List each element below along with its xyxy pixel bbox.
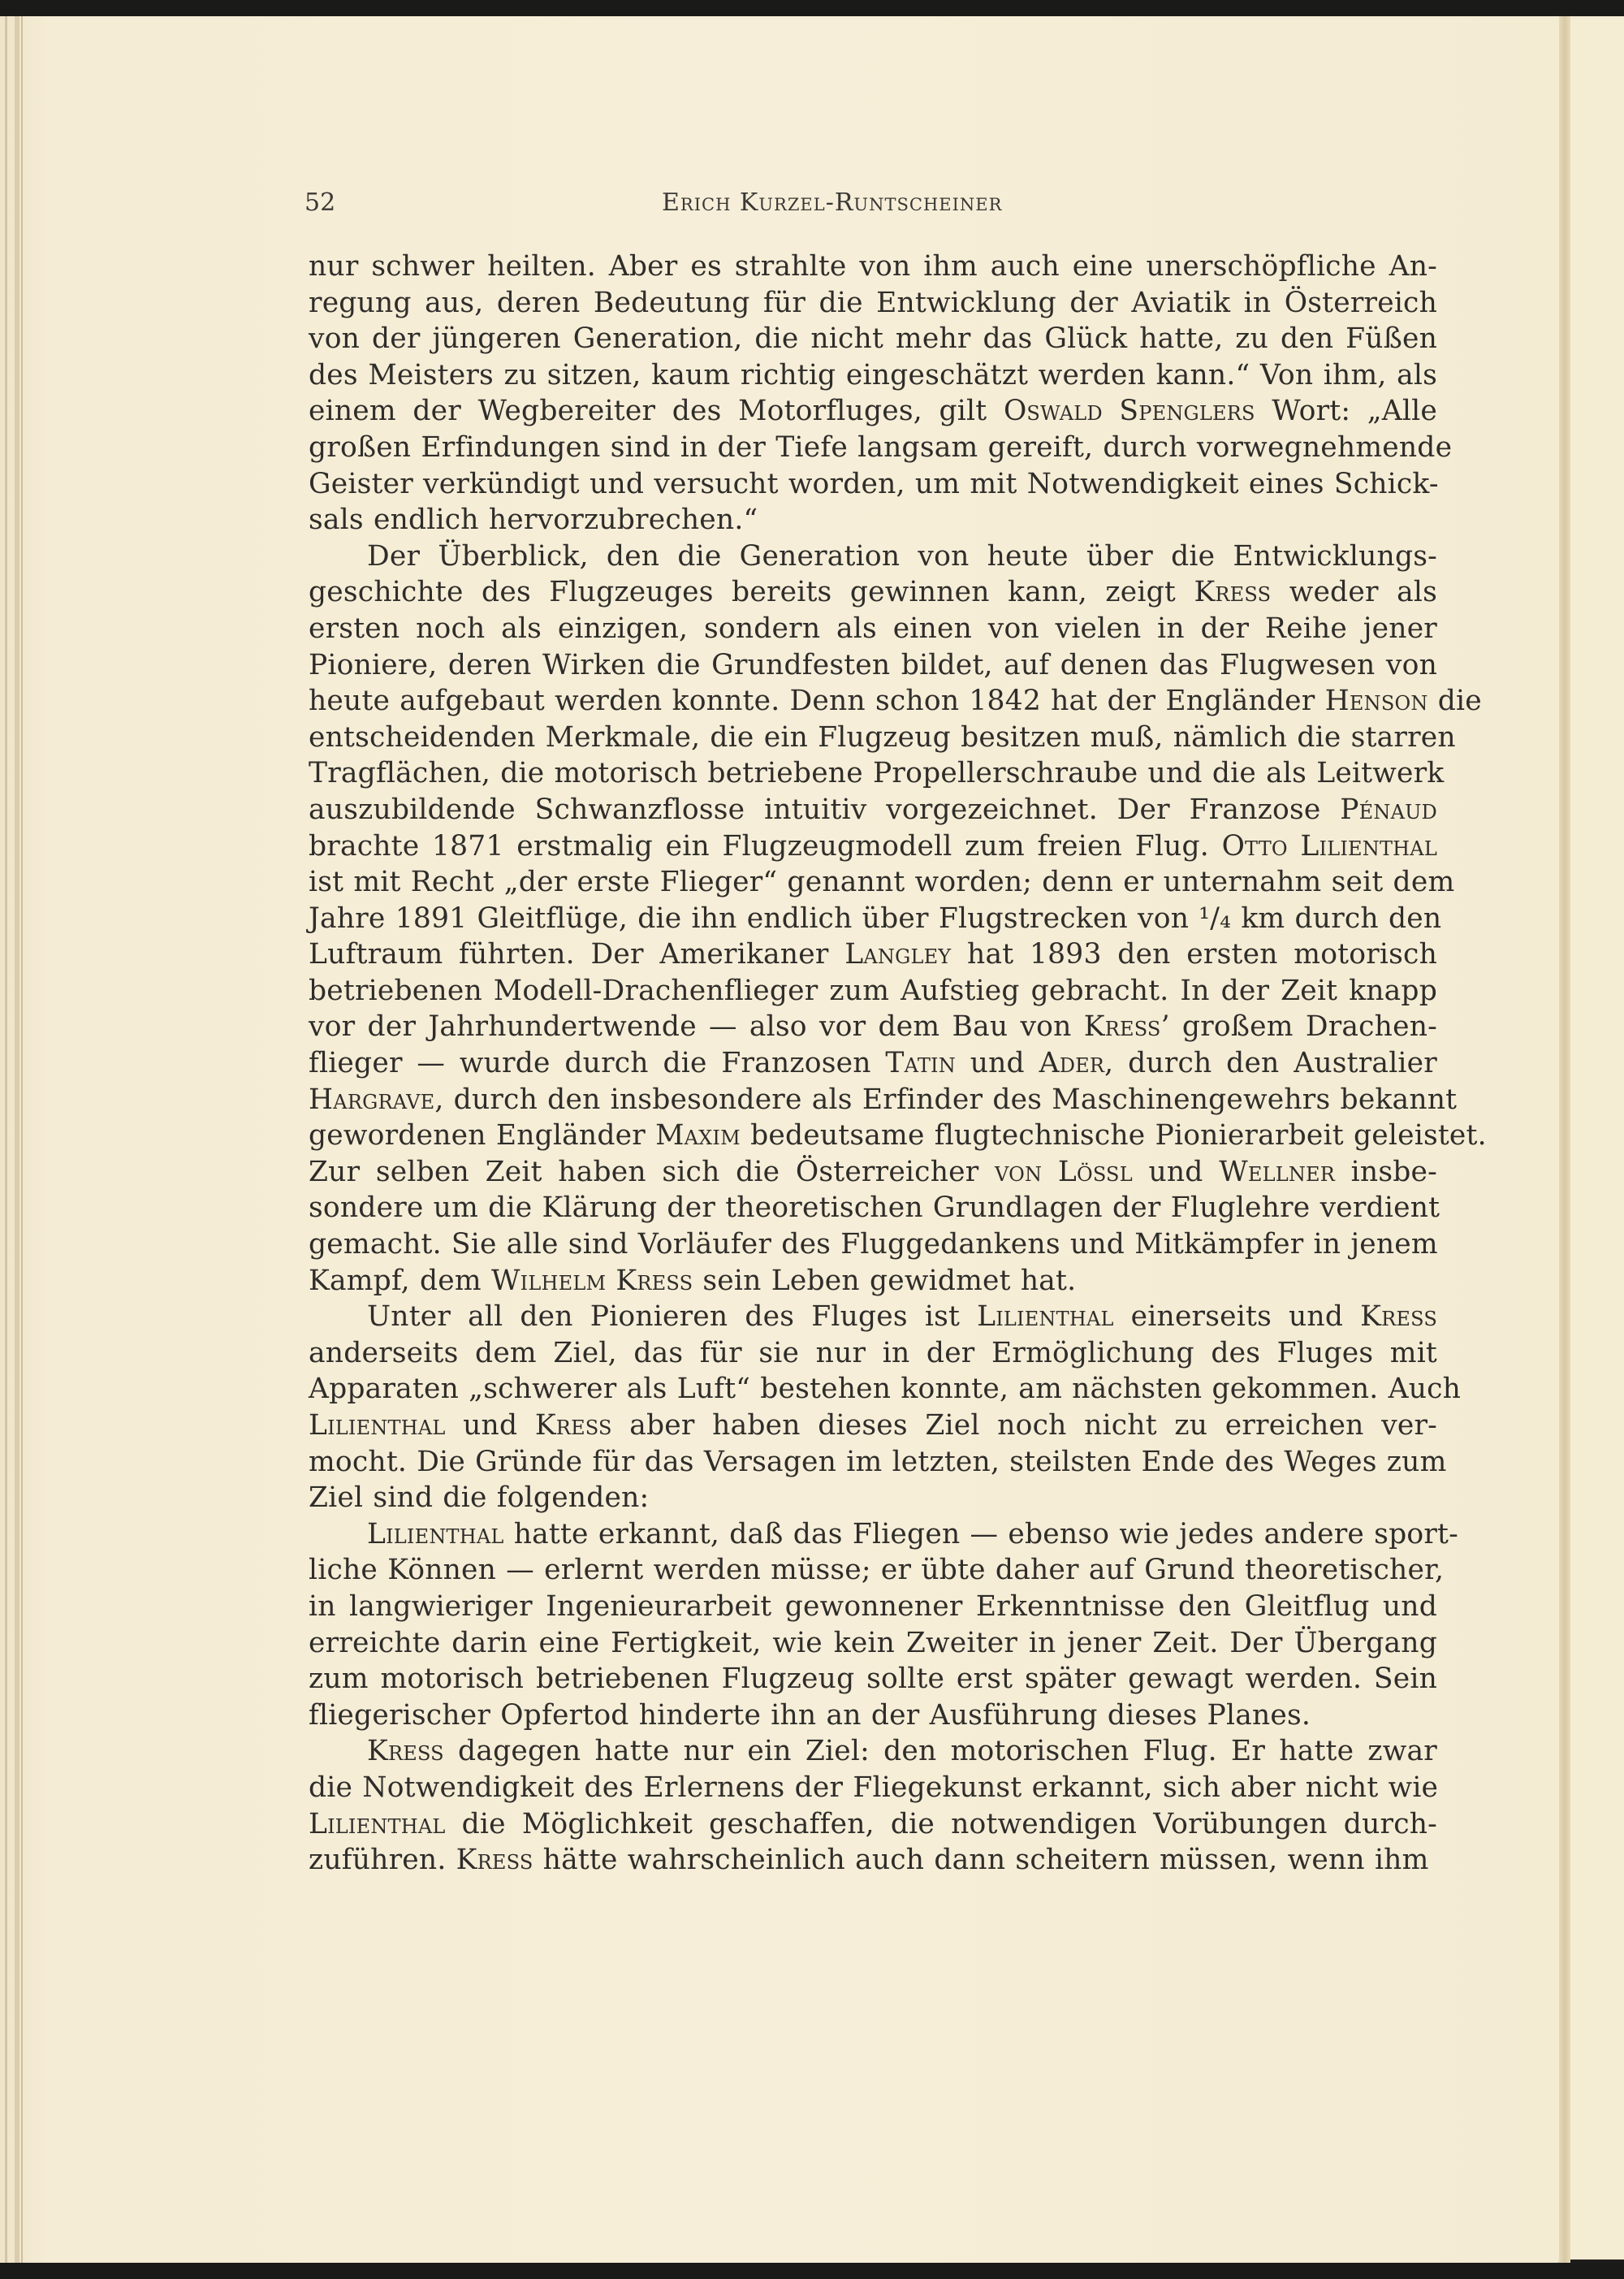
text-run: bedeutsame flugtechnische Pionierarbeit …	[741, 1119, 1487, 1152]
text-run: entscheidenden Merkmale, die ein Flugzeu…	[309, 721, 1456, 754]
text-run: mocht. Die Gründe für das Versagen im le…	[309, 1446, 1447, 1478]
text-line: Der Überblick, den die Generation von he…	[309, 538, 1437, 575]
text-run: die Möglichkeit geschaffen, die notwendi…	[446, 1808, 1437, 1840]
paragraph: Unter all den Pionieren des Fluges ist L…	[309, 1299, 1437, 1516]
text-line: großen Erfindungen sind in der Tiefe lan…	[309, 430, 1437, 466]
running-head: 52 Erich Kurzel-Runtscheiner	[304, 187, 1437, 219]
text-line: Zur selben Zeit haben sich die Österreic…	[309, 1154, 1437, 1191]
person-name: Lilienthal	[367, 1518, 504, 1550]
text-run: ist mit Recht „der erste Flieger“ genann…	[309, 866, 1454, 898]
text-run: ersten noch als einzigen, sondern als ei…	[309, 612, 1437, 645]
text-line: Lilienthal hatte erkannt, daß das Fliege…	[309, 1516, 1437, 1553]
scan-bottom-border	[0, 2263, 1624, 2279]
text-run: zum motorisch betriebenen Flugzeug sollt…	[309, 1663, 1437, 1695]
text-run: nur schwer heilten. Aber es strahlte von…	[309, 250, 1437, 283]
person-name: Pénaud	[1340, 794, 1437, 826]
text-run: Wort: „Alle	[1255, 395, 1437, 427]
text-line: von der jüngeren Generation, die nicht m…	[309, 321, 1437, 357]
text-run: fliegerischer Opfertod hinderte ihn an d…	[309, 1699, 1311, 1732]
text-run: in langwieriger Ingenieurarbeit gewonnen…	[309, 1590, 1437, 1623]
person-name: Kress	[456, 1844, 533, 1876]
text-run: Der Überblick, den die Generation von he…	[367, 540, 1437, 573]
text-line: die Notwendigkeit des Erlernens der Flie…	[309, 1770, 1437, 1806]
text-line: Kampf, dem Wilhelm Kress sein Leben gewi…	[309, 1263, 1437, 1300]
person-name: Oswald Spenglers	[1004, 395, 1255, 427]
page-number: 52	[304, 187, 335, 219]
text-run: auszubildende Schwanzflosse intuitiv vor…	[309, 794, 1340, 826]
person-name: Wellner	[1219, 1156, 1335, 1188]
body-text: nur schwer heilten. Aber es strahlte von…	[309, 249, 1437, 1879]
text-run: liche Können — erlernt werden müsse; er …	[309, 1554, 1444, 1586]
text-run: heute aufgebaut werden konnte. Denn scho…	[309, 685, 1325, 717]
running-title: Erich Kurzel-Runtscheiner	[662, 187, 1068, 219]
text-run: gemacht. Sie alle sind Vorläufer des Flu…	[309, 1228, 1438, 1261]
person-name: Lilienthal	[977, 1300, 1114, 1333]
person-name: Henson	[1325, 685, 1428, 717]
person-name: Kress	[1194, 576, 1271, 608]
page-edge-left	[21, 16, 23, 2266]
text-line: sals endlich hervorzubrechen.“	[309, 502, 1437, 538]
text-run: Tragflächen, die motorisch betriebene Pr…	[309, 757, 1444, 789]
paragraph: Kress dagegen hatte nur ein Ziel: den mo…	[309, 1733, 1437, 1878]
text-run: Unter all den Pionieren des Fluges ist	[367, 1300, 977, 1333]
text-line: gemacht. Sie alle sind Vorläufer des Flu…	[309, 1226, 1437, 1263]
person-name: Tatin	[885, 1047, 956, 1079]
text-line: gewordenen Engländer Maxim bedeutsame fl…	[309, 1118, 1437, 1154]
text-run: Jahre 1891 Gleitflüge, die ihn endlich ü…	[309, 902, 1441, 935]
text-line: fliegerischer Opfertod hinderte ihn an d…	[309, 1697, 1437, 1734]
person-name: Ader	[1039, 1047, 1105, 1079]
text-line: Ziel sind die folgenden:	[309, 1480, 1437, 1516]
text-line: ist mit Recht „der erste Flieger“ genann…	[309, 864, 1437, 901]
text-run: Kampf, dem	[309, 1265, 491, 1297]
text-run: dagegen hatte nur ein Ziel: den motorisc…	[444, 1735, 1437, 1767]
person-name: Wilhelm Kress	[491, 1265, 693, 1297]
person-name: Lilienthal	[309, 1808, 446, 1840]
text-line: brachte 1871 erstmalig ein Flugzeugmodel…	[309, 828, 1437, 865]
text-run: ’ großem Drachen-	[1161, 1010, 1437, 1043]
text-run: vor der Jahrhundertwende — also vor dem …	[309, 1010, 1084, 1043]
text-run: anderseits dem Ziel, das für sie nur in …	[309, 1337, 1437, 1369]
text-run: , durch den insbesondere als Erfinder de…	[434, 1083, 1457, 1116]
text-run: die Notwendigkeit des Erlernens der Flie…	[309, 1771, 1438, 1804]
person-name: Langley	[844, 938, 951, 971]
text-line: des Meisters zu sitzen, kaum richtig ein…	[309, 357, 1437, 394]
text-run: des Meisters zu sitzen, kaum richtig ein…	[309, 359, 1437, 391]
text-line: betriebenen Modell-Drachenflieger zum Au…	[309, 973, 1437, 1010]
text-line: Lilienthal die Möglichkeit geschaffen, d…	[309, 1806, 1437, 1843]
text-line: zum motorisch betriebenen Flugzeug sollt…	[309, 1661, 1437, 1697]
text-run: und	[1133, 1156, 1219, 1188]
text-line: Jahre 1891 Gleitflüge, die ihn endlich ü…	[309, 901, 1437, 937]
text-line: zuführen. Kress hätte wahrscheinlich auc…	[309, 1842, 1437, 1879]
person-name: Kress	[1360, 1300, 1437, 1333]
text-line: in langwieriger Ingenieurarbeit gewonnen…	[309, 1589, 1437, 1625]
text-line: mocht. Die Gründe für das Versagen im le…	[309, 1444, 1437, 1481]
text-run: Geister verkündigt und versucht worden, …	[309, 468, 1439, 500]
person-name: Lilienthal	[309, 1409, 446, 1442]
text-run: weder als	[1271, 576, 1437, 608]
text-run: erreichte darin eine Fertigkeit, wie kei…	[309, 1627, 1437, 1659]
person-name: Kress	[1084, 1010, 1161, 1043]
text-line: erreichte darin eine Fertigkeit, wie kei…	[309, 1625, 1437, 1662]
paragraph: Der Überblick, den die Generation von he…	[309, 538, 1437, 1299]
text-line: regung aus, deren Bedeutung für die Entw…	[309, 285, 1437, 322]
text-line: geschichte des Flugzeuges bereits gewinn…	[309, 574, 1437, 611]
text-run: zuführen.	[309, 1844, 456, 1876]
text-run: Pioniere, deren Wirken die Grundfesten b…	[309, 649, 1437, 681]
text-run: hat 1893 den ersten motorisch	[951, 938, 1437, 971]
person-name: Maxim	[655, 1119, 741, 1152]
text-run: brachte 1871 erstmalig ein Flugzeugmodel…	[309, 830, 1222, 863]
text-run: einem der Wegbereiter des Motorfluges, g…	[309, 395, 1004, 427]
text-run: betriebenen Modell-Drachenflieger zum Au…	[309, 975, 1437, 1007]
text-run: aber haben dieses Ziel noch nicht zu err…	[612, 1409, 1437, 1442]
person-name: Otto Lilienthal	[1222, 830, 1437, 863]
text-line: vor der Jahrhundertwende — also vor dem …	[309, 1009, 1437, 1045]
text-line: Hargrave, durch den insbesondere als Erf…	[309, 1082, 1437, 1118]
text-run: Luftraum führten. Der Amerikaner	[309, 938, 844, 971]
page-edge-right	[1559, 16, 1570, 2266]
paragraph: Lilienthal hatte erkannt, daß das Fliege…	[309, 1516, 1437, 1734]
text-line: ersten noch als einzigen, sondern als ei…	[309, 611, 1437, 647]
paragraph: nur schwer heilten. Aber es strahlte von…	[309, 249, 1437, 538]
text-line: entscheidenden Merkmale, die ein Flugzeu…	[309, 720, 1437, 756]
person-name: Kress	[367, 1735, 444, 1767]
text-line: Luftraum führten. Der Amerikaner Langley…	[309, 936, 1437, 973]
person-name: von Lössl	[995, 1156, 1133, 1188]
text-run: Ziel sind die folgenden:	[309, 1481, 649, 1514]
text-run: regung aus, deren Bedeutung für die Entw…	[309, 287, 1437, 319]
text-run: Zur selben Zeit haben sich die Österreic…	[309, 1156, 995, 1188]
text-run: , durch den Australier	[1104, 1047, 1437, 1079]
text-line: Geister verkündigt und versucht worden, …	[309, 466, 1437, 503]
person-name: Kress	[535, 1409, 612, 1442]
text-run: sondere um die Klärung der theoretischen…	[309, 1191, 1440, 1224]
text-run: die	[1428, 685, 1482, 717]
text-run: Apparaten „schwerer als Luft“ bestehen k…	[309, 1373, 1461, 1405]
text-line: Pioniere, deren Wirken die Grundfesten b…	[309, 647, 1437, 684]
text-line: flieger — wurde durch die Franzosen Tati…	[309, 1045, 1437, 1082]
text-run: flieger — wurde durch die Franzosen	[309, 1047, 885, 1079]
text-line: auszubildende Schwanzflosse intuitiv vor…	[309, 792, 1437, 828]
text-line: heute aufgebaut werden konnte. Denn scho…	[309, 683, 1437, 720]
text-line: sondere um die Klärung der theoretischen…	[309, 1190, 1437, 1226]
scan-top-border	[0, 0, 1624, 18]
text-run: von der jüngeren Generation, die nicht m…	[309, 322, 1437, 355]
text-run: insbe-	[1335, 1156, 1437, 1188]
text-line: anderseits dem Ziel, das für sie nur in …	[309, 1335, 1437, 1372]
text-run: und	[956, 1047, 1039, 1079]
person-name: Hargrave	[309, 1083, 434, 1116]
text-line: Apparaten „schwerer als Luft“ bestehen k…	[309, 1371, 1437, 1408]
text-run: und	[446, 1409, 535, 1442]
text-run: gewordenen Engländer	[309, 1119, 655, 1152]
text-run: sein Leben gewidmet hat.	[693, 1265, 1076, 1297]
text-line: einem der Wegbereiter des Motorfluges, g…	[309, 393, 1437, 430]
text-run: großen Erfindungen sind in der Tiefe lan…	[309, 431, 1452, 464]
text-run: sals endlich hervorzubrechen.“	[309, 504, 758, 536]
text-run: hätte wahrscheinlich auch dann scheitern…	[533, 1844, 1429, 1876]
text-run: geschichte des Flugzeuges bereits gewinn…	[309, 576, 1194, 608]
text-run: hatte erkannt, daß das Fliegen — ebenso …	[504, 1518, 1458, 1550]
next-page-edge	[1570, 16, 1624, 2260]
text-line: nur schwer heilten. Aber es strahlte von…	[309, 249, 1437, 285]
page-edge-left	[5, 16, 7, 2266]
text-run: einerseits und	[1114, 1300, 1361, 1333]
text-line: Unter all den Pionieren des Fluges ist L…	[309, 1299, 1437, 1335]
text-line: Tragflächen, die motorisch betriebene Pr…	[309, 755, 1437, 792]
text-line: Kress dagegen hatte nur ein Ziel: den mo…	[309, 1733, 1437, 1770]
page-edge-left	[15, 16, 19, 2266]
text-line: Lilienthal und Kress aber haben dieses Z…	[309, 1408, 1437, 1444]
text-line: liche Können — erlernt werden müsse; er …	[309, 1552, 1437, 1589]
